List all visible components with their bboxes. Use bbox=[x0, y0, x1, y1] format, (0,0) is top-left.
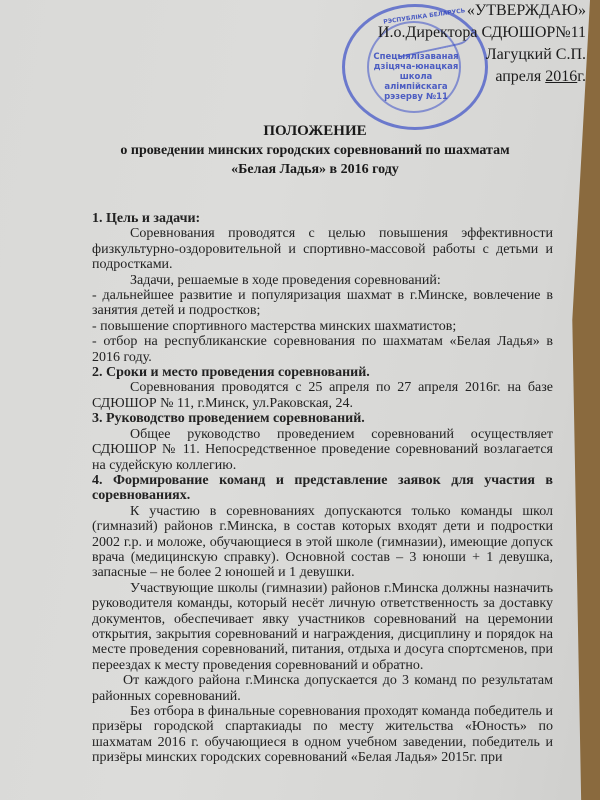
task-item: - повышение спортивного мастерства минск… bbox=[92, 319, 553, 334]
approval-signatory: Лагуцкий С.П. bbox=[378, 44, 586, 66]
approval-position: И.о.Директора СДЮШОР№11 bbox=[378, 22, 586, 44]
approval-date: апреля 2016г. bbox=[378, 66, 586, 88]
section-1-paragraph: Соревнования проводятся с целью повышени… bbox=[92, 226, 553, 272]
section-2-heading: 2. Сроки и место проведения соревнований… bbox=[92, 365, 553, 380]
document-title: ПОЛОЖЕНИЕ о проведении минских городских… bbox=[80, 122, 550, 179]
document-body: 1. Цель и задачи: Соревнования проводятс… bbox=[92, 211, 553, 766]
section-1-heading: 1. Цель и задачи: bbox=[92, 211, 553, 226]
section-4-paragraph-2: Участвующие школы (гимназии) районов г.М… bbox=[92, 581, 553, 673]
title-subtitle: о проведении минских городских соревнова… bbox=[80, 141, 550, 160]
section-2-paragraph: Соревнования проводятся с 25 апреля по 2… bbox=[92, 380, 553, 411]
title-heading: ПОЛОЖЕНИЕ bbox=[80, 122, 550, 141]
task-item: - отбор на республиканские соревнования … bbox=[92, 334, 553, 365]
section-4-heading: 4. Формирование команд и представление з… bbox=[92, 473, 553, 504]
section-3-heading: 3. Руководство проведением соревнований. bbox=[92, 411, 553, 426]
section-4-paragraph-1: К участию в соревнованиях допускаются то… bbox=[92, 504, 553, 581]
title-event: «Белая Ладья» в 2016 году bbox=[80, 160, 550, 179]
section-1-tasks-intro: Задачи, решаемые в ходе проведения сорев… bbox=[92, 273, 553, 288]
section-4-paragraph-4: Без отбора в финальные соревнования прох… bbox=[92, 704, 553, 766]
section-3-paragraph: Общее руководство проведением соревнован… bbox=[92, 427, 553, 473]
approval-title: «УТВЕРЖДАЮ» bbox=[378, 0, 586, 22]
task-item: - дальнейшее развитие и популяризация ша… bbox=[92, 288, 553, 319]
approval-block: «УТВЕРЖДАЮ» И.о.Директора СДЮШОР№11 Лагу… bbox=[378, 0, 586, 88]
section-4-paragraph-3: От каждого района г.Минска допускается д… bbox=[92, 673, 553, 704]
